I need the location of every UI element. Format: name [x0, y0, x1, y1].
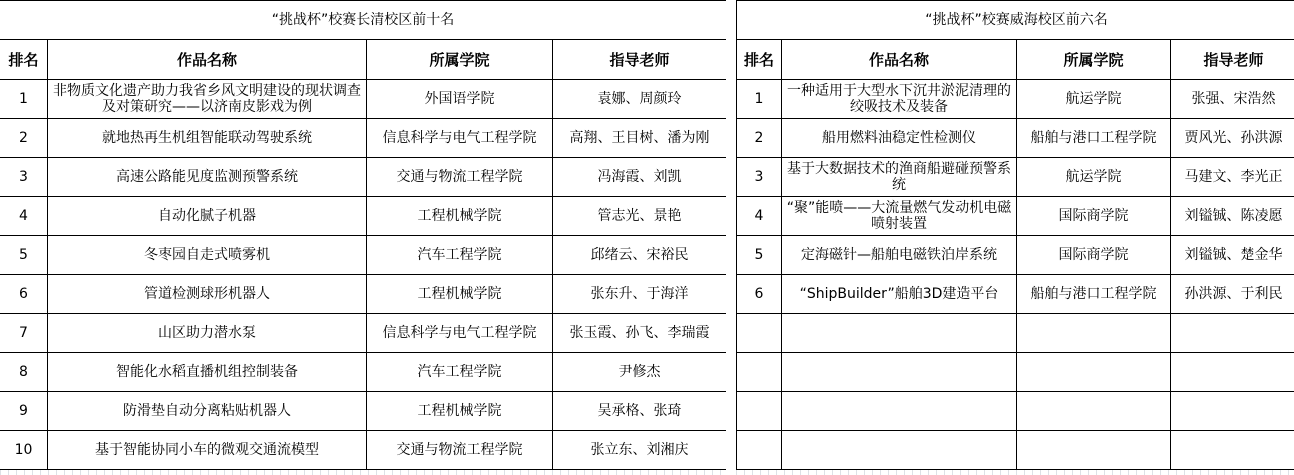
work-name-cell[interactable]: “ShipBuilder”船舶3D建造平台: [782, 275, 1017, 314]
work-name-cell[interactable]: 冬枣园自走式喷雾机: [48, 236, 367, 275]
college-cell[interactable]: 航运学院: [1017, 80, 1171, 119]
table-row: 2船用燃料油稳定性检测仪船舶与港口工程学院贾风光、孙洪源: [737, 119, 1294, 158]
empty-cell[interactable]: [782, 392, 1017, 431]
college-cell[interactable]: 航运学院: [1017, 158, 1171, 197]
empty-row: [737, 431, 1294, 470]
header-work-name[interactable]: 作品名称: [48, 40, 367, 80]
header-advisor[interactable]: 指导老师: [1171, 40, 1294, 80]
advisor-cell[interactable]: 孙洪源、于利民: [1171, 275, 1294, 314]
rank-cell[interactable]: 2: [0, 119, 48, 158]
table-row: 6“ShipBuilder”船舶3D建造平台船舶与港口工程学院孙洪源、于利民: [737, 275, 1294, 314]
table-row: 3基于大数据技术的渔商船避碰预警系统航运学院马建文、李光正: [737, 158, 1294, 197]
advisor-cell[interactable]: 尹修杰: [553, 353, 727, 392]
college-cell[interactable]: 信息科学与电气工程学院: [367, 119, 553, 158]
table-row: 2就地热再生机组智能联动驾驶系统信息科学与电气工程学院高翔、王目树、潘为刚: [0, 119, 727, 158]
column-gap: [726, 0, 736, 475]
college-cell[interactable]: 船舶与港口工程学院: [1017, 119, 1171, 158]
changqing-top10-table: “挑战杯”校赛长清校区前十名 排名 作品名称 所属学院 指导老师 1非物质文化遗…: [0, 0, 727, 470]
advisor-cell[interactable]: 张玉霞、孙飞、李瑞霞: [553, 314, 727, 353]
empty-cell[interactable]: [1017, 392, 1171, 431]
work-name-cell[interactable]: 山区助力潜水泵: [48, 314, 367, 353]
advisor-cell[interactable]: 贾风光、孙洪源: [1171, 119, 1294, 158]
table-row: 5冬枣园自走式喷雾机汽车工程学院邱绪云、宋裕民: [0, 236, 727, 275]
advisor-cell[interactable]: 张东升、于海洋: [553, 275, 727, 314]
college-cell[interactable]: 交通与物流工程学院: [367, 431, 553, 470]
header-college[interactable]: 所属学院: [1017, 40, 1171, 80]
empty-cell[interactable]: [782, 314, 1017, 353]
college-cell[interactable]: 工程机械学院: [367, 197, 553, 236]
table-title[interactable]: “挑战杯”校赛威海校区前六名: [737, 1, 1294, 40]
header-rank[interactable]: 排名: [0, 40, 48, 80]
work-name-cell[interactable]: 一种适用于大型水下沉井淤泥清理的绞吸技术及装备: [782, 80, 1017, 119]
rank-cell[interactable]: 9: [0, 392, 48, 431]
table-row: 9防滑垫自动分离粘贴机器人工程机械学院吴承格、张琦: [0, 392, 727, 431]
college-cell[interactable]: 交通与物流工程学院: [367, 158, 553, 197]
work-name-cell[interactable]: 智能化水稻直播机组控制装备: [48, 353, 367, 392]
college-cell[interactable]: 船舶与港口工程学院: [1017, 275, 1171, 314]
table-row: 8智能化水稻直播机组控制装备汽车工程学院尹修杰: [0, 353, 727, 392]
rank-cell[interactable]: 10: [0, 431, 48, 470]
college-cell[interactable]: 信息科学与电气工程学院: [367, 314, 553, 353]
advisor-cell[interactable]: 刘镒铖、陈凌愿: [1171, 197, 1294, 236]
rank-cell[interactable]: 4: [0, 197, 48, 236]
work-name-cell[interactable]: 船用燃料油稳定性检测仪: [782, 119, 1017, 158]
empty-cell[interactable]: [1017, 431, 1171, 470]
empty-cell[interactable]: [782, 353, 1017, 392]
table-row: 1非物质文化遗产助力我省乡风文明建设的现状调查及对策研究——以济南皮影戏为例外国…: [0, 80, 727, 119]
work-name-cell[interactable]: 自动化腻子机器: [48, 197, 367, 236]
rank-cell[interactable]: 5: [0, 236, 48, 275]
header-advisor[interactable]: 指导老师: [553, 40, 727, 80]
header-work-name[interactable]: 作品名称: [782, 40, 1017, 80]
rank-cell[interactable]: 6: [737, 275, 782, 314]
work-name-cell[interactable]: 高速公路能见度监测预警系统: [48, 158, 367, 197]
rank-cell[interactable]: 8: [0, 353, 48, 392]
work-name-cell[interactable]: 管道检测球形机器人: [48, 275, 367, 314]
college-cell[interactable]: 工程机械学院: [367, 275, 553, 314]
work-name-cell[interactable]: 非物质文化遗产助力我省乡风文明建设的现状调查及对策研究——以济南皮影戏为例: [48, 80, 367, 119]
rank-cell[interactable]: 3: [0, 158, 48, 197]
empty-cell[interactable]: [1171, 392, 1294, 431]
advisor-cell[interactable]: 刘镒铖、楚金华: [1171, 236, 1294, 275]
empty-row: [737, 314, 1294, 353]
empty-cell[interactable]: [737, 353, 782, 392]
empty-cell[interactable]: [1017, 353, 1171, 392]
advisor-cell[interactable]: 管志光、景艳: [553, 197, 727, 236]
work-name-cell[interactable]: 就地热再生机组智能联动驾驶系统: [48, 119, 367, 158]
empty-cell[interactable]: [737, 392, 782, 431]
table-row: 5定海磁针—船舶电磁铁泊岸系统国际商学院刘镒铖、楚金华: [737, 236, 1294, 275]
empty-row: [737, 353, 1294, 392]
college-cell[interactable]: 国际商学院: [1017, 197, 1171, 236]
rank-cell[interactable]: 1: [0, 80, 48, 119]
header-college[interactable]: 所属学院: [367, 40, 553, 80]
rank-cell[interactable]: 5: [737, 236, 782, 275]
empty-cell[interactable]: [737, 431, 782, 470]
rank-cell[interactable]: 3: [737, 158, 782, 197]
work-name-cell[interactable]: 定海磁针—船舶电磁铁泊岸系统: [782, 236, 1017, 275]
table-row: 10基于智能协同小车的微观交通流模型交通与物流工程学院张立东、刘湘庆: [0, 431, 727, 470]
college-cell[interactable]: 工程机械学院: [367, 392, 553, 431]
work-name-cell[interactable]: 基于智能协同小车的微观交通流模型: [48, 431, 367, 470]
empty-cell[interactable]: [737, 314, 782, 353]
empty-row: [737, 392, 1294, 431]
rank-cell[interactable]: 4: [737, 197, 782, 236]
college-cell[interactable]: 汽车工程学院: [367, 353, 553, 392]
empty-cell[interactable]: [1017, 314, 1171, 353]
header-rank[interactable]: 排名: [737, 40, 782, 80]
college-cell[interactable]: 汽车工程学院: [367, 236, 553, 275]
table-row: 4自动化腻子机器工程机械学院管志光、景艳: [0, 197, 727, 236]
table-row: 4“聚”能喷——大流量燃气发动机电磁喷射装置国际商学院刘镒铖、陈凌愿: [737, 197, 1294, 236]
empty-cell[interactable]: [1171, 353, 1294, 392]
advisor-cell[interactable]: 马建文、李光正: [1171, 158, 1294, 197]
empty-cell[interactable]: [782, 431, 1017, 470]
college-cell[interactable]: 国际商学院: [1017, 236, 1171, 275]
table-row: 6管道检测球形机器人工程机械学院张东升、于海洋: [0, 275, 727, 314]
rank-cell[interactable]: 1: [737, 80, 782, 119]
table-row: 3高速公路能见度监测预警系统交通与物流工程学院冯海霞、刘凯: [0, 158, 727, 197]
college-cell[interactable]: 外国语学院: [367, 80, 553, 119]
advisor-cell[interactable]: 袁娜、周颜玲: [553, 80, 727, 119]
work-name-cell[interactable]: 基于大数据技术的渔商船避碰预警系统: [782, 158, 1017, 197]
advisor-cell[interactable]: 邱绪云、宋裕民: [553, 236, 727, 275]
work-name-cell[interactable]: 防滑垫自动分离粘贴机器人: [48, 392, 367, 431]
advisor-cell[interactable]: 冯海霞、刘凯: [553, 158, 727, 197]
empty-cell[interactable]: [1171, 431, 1294, 470]
empty-cell[interactable]: [1171, 314, 1294, 353]
work-name-cell[interactable]: “聚”能喷——大流量燃气发动机电磁喷射装置: [782, 197, 1017, 236]
rank-cell[interactable]: 6: [0, 275, 48, 314]
advisor-cell[interactable]: 张立东、刘湘庆: [553, 431, 727, 470]
table-title[interactable]: “挑战杯”校赛长清校区前十名: [0, 1, 727, 40]
advisor-cell[interactable]: 高翔、王目树、潘为刚: [553, 119, 727, 158]
rank-cell[interactable]: 2: [737, 119, 782, 158]
table-row: 7山区助力潜水泵信息科学与电气工程学院张玉霞、孙飞、李瑞霞: [0, 314, 727, 353]
weihai-top6-table: “挑战杯”校赛威海校区前六名 排名 作品名称 所属学院 指导老师 1一种适用于大…: [736, 0, 1294, 470]
table-row: 1一种适用于大型水下沉井淤泥清理的绞吸技术及装备航运学院张强、宋浩然: [737, 80, 1294, 119]
rank-cell[interactable]: 7: [0, 314, 48, 353]
advisor-cell[interactable]: 吴承格、张琦: [553, 392, 727, 431]
advisor-cell[interactable]: 张强、宋浩然: [1171, 80, 1294, 119]
